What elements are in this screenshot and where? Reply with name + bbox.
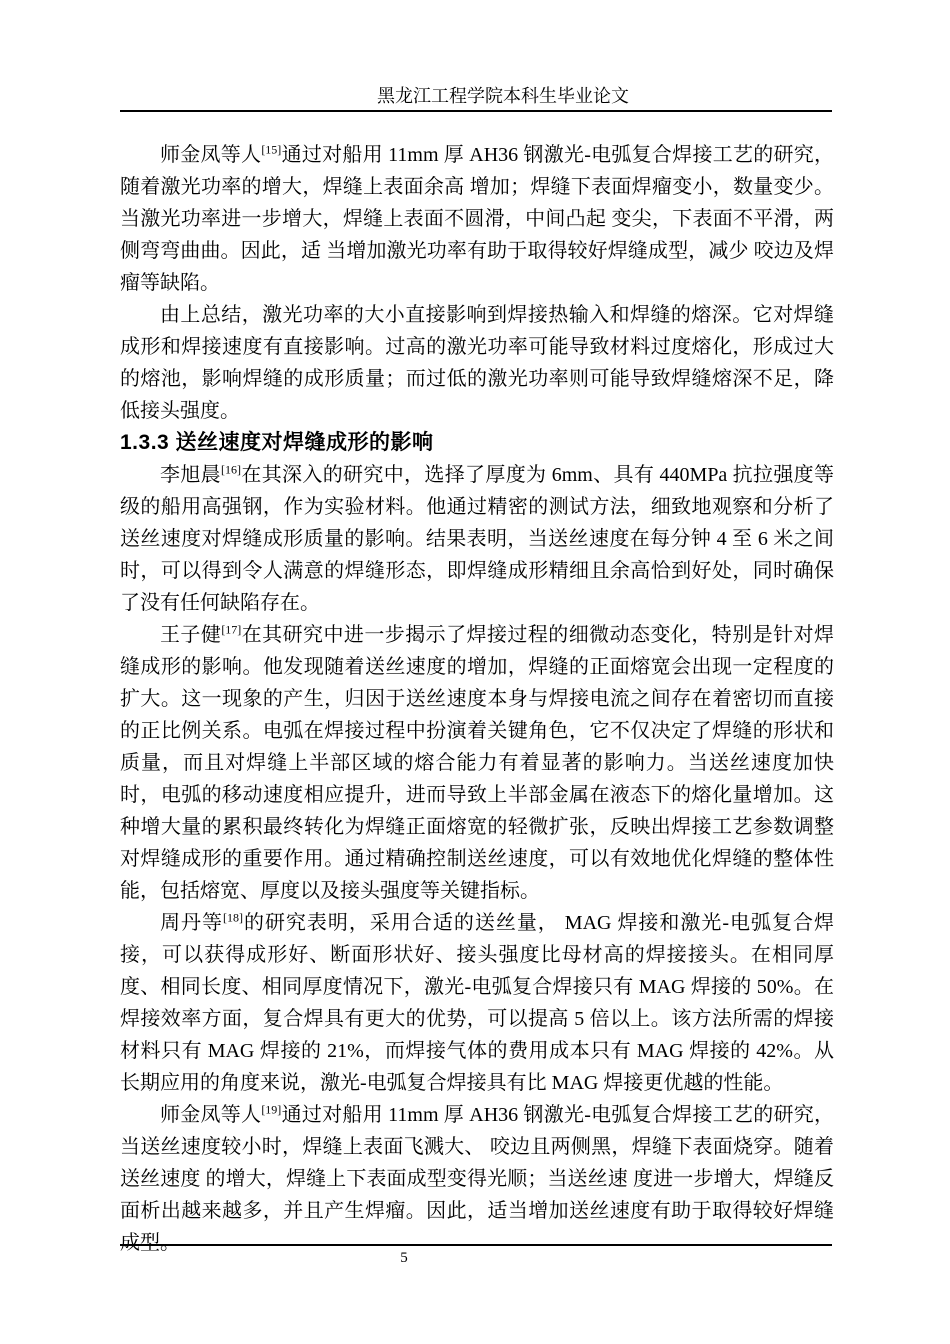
citation-ref: [19]: [261, 1102, 281, 1116]
paragraph: 王子健[17]在其研究中进一步揭示了焊接过程的细微动态变化，特别是针对焊缝成形的…: [120, 619, 834, 907]
paragraph: 师金凤等人[15]通过对船用 11mm 厚 AH36 钢激光-电弧复合焊接工艺的…: [120, 139, 834, 299]
citation-ref: [18]: [223, 910, 243, 924]
footer-rule: [120, 1244, 832, 1246]
section-heading: 1.3.3 送丝速度对焊缝成形的影响: [120, 427, 834, 459]
document-body: 师金凤等人[15]通过对船用 11mm 厚 AH36 钢激光-电弧复合焊接工艺的…: [120, 139, 834, 1259]
paragraph: 李旭晨[16]在其深入的研究中，选择了厚度为 6mm、具有 440MPa 抗拉强…: [120, 459, 834, 619]
paragraph: 师金凤等人[19]通过对船用 11mm 厚 AH36 钢激光-电弧复合焊接工艺的…: [120, 1099, 834, 1259]
page-number: 5: [394, 1248, 414, 1268]
page-header-title: 黑龙江工程学院本科生毕业论文: [377, 84, 629, 108]
paragraph: 周丹等[18]的研究表明，采用合适的送丝量， MAG 焊接和激光-电弧复合焊接，…: [120, 907, 834, 1099]
paragraph: 由上总结，激光功率的大小直接影响到焊接热输入和焊缝的熔深。它对焊缝成形和焊接速度…: [120, 299, 834, 427]
thesis-page: 黑龙江工程学院本科生毕业论文 师金凤等人[15]通过对船用 11mm 厚 AH3…: [0, 0, 950, 1344]
citation-ref: [15]: [261, 142, 281, 156]
citation-ref: [17]: [221, 622, 241, 636]
header-rule: [120, 110, 832, 112]
citation-ref: [16]: [221, 462, 241, 476]
